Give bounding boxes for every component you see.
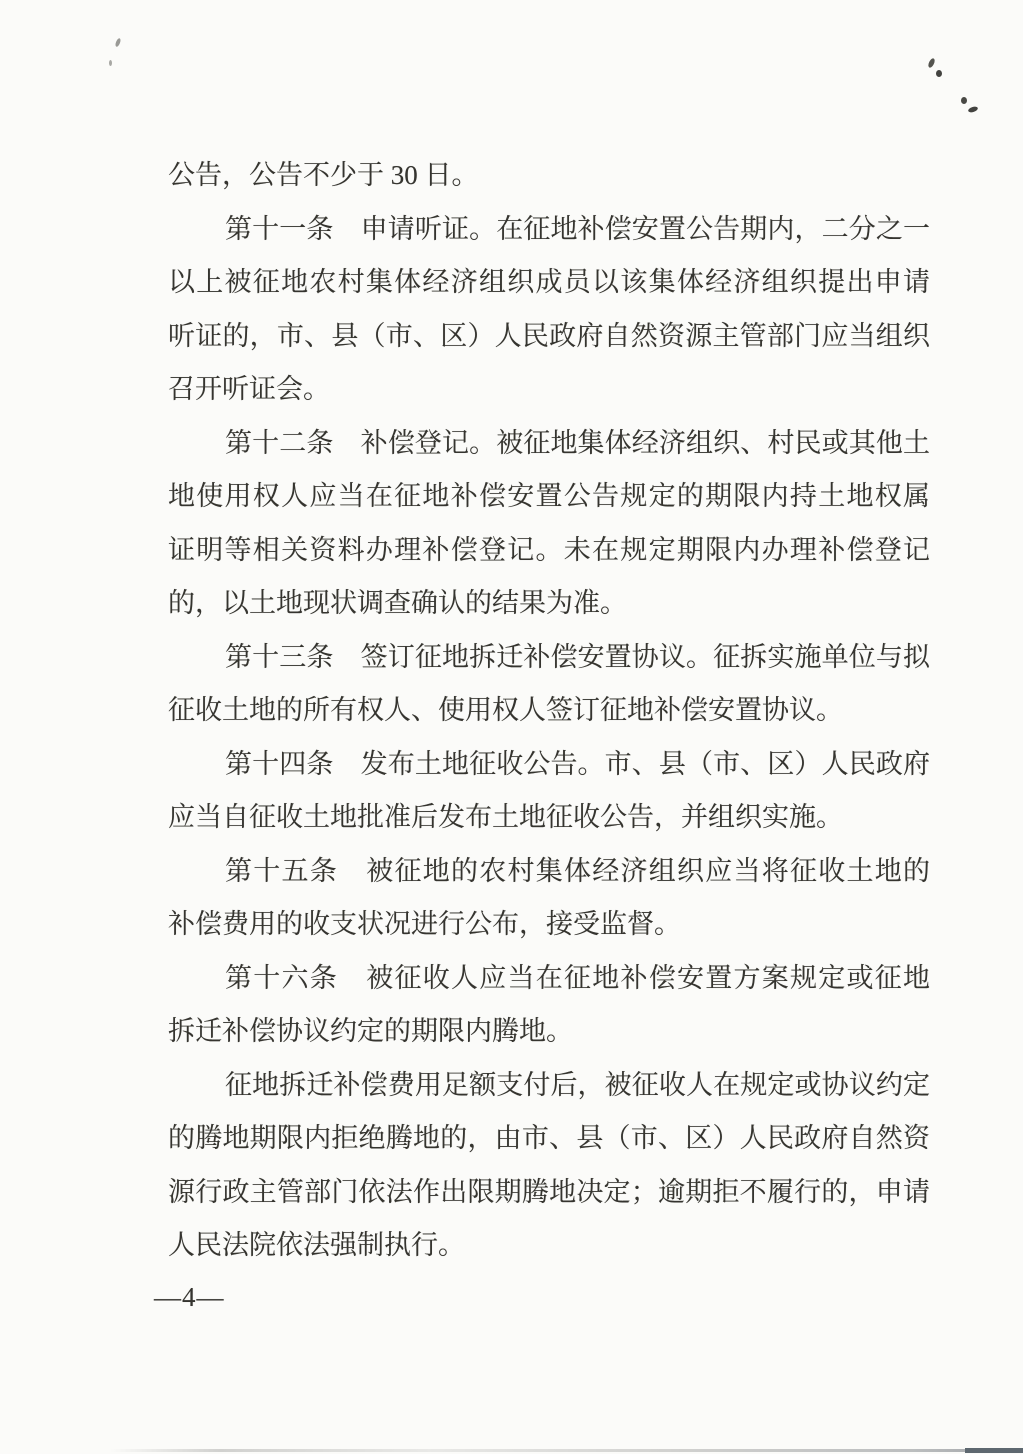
scan-speck [927,57,936,68]
scan-edge-smudge [110,1449,1023,1452]
text-line: 应当自征收土地批准后发布土地征收公告，并组织实施。 [168,791,930,845]
text-line: 地使用权人应当在征地补偿安置公告规定的期限内持土地权属 [168,470,930,524]
text-line-article-12: 第十二条 补偿登记。被征地集体经济组织、村民或其他土 [168,417,930,471]
scan-speck [936,70,942,77]
scan-speck [109,60,112,66]
scanned-document-page: 公告，公告不少于 30 日。 第十一条 申请听证。在征地补偿安置公告期内，二分之… [0,0,1023,1454]
text-line: 证明等相关资料办理补偿登记。未在规定期限内办理补偿登记 [168,524,930,578]
document-body: 公告，公告不少于 30 日。 第十一条 申请听证。在征地补偿安置公告期内，二分之… [168,149,930,1273]
scan-speck [114,38,121,48]
text-line: 征收土地的所有权人、使用权人签订征地补偿安置协议。 [168,684,930,738]
text-line-article-13: 第十三条 签订征地拆迁补偿安置协议。征拆实施单位与拟 [168,631,930,685]
text-line-article-15: 第十五条 被征地的农村集体经济组织应当将征收土地的 [168,845,930,899]
scan-speck [961,97,967,104]
page-number: —4— [154,1282,225,1313]
scan-edge-corner [965,1448,1023,1453]
text-line: 的，以土地现状调查确认的结果为准。 [168,577,930,631]
text-line: 征地拆迁补偿费用足额支付后，被征收人在规定或协议约定 [168,1059,930,1113]
text-line: 补偿费用的收支状况进行公布，接受监督。 [168,898,930,952]
text-line: 的腾地期限内拒绝腾地的，由市、县（市、区）人民政府自然资 [168,1112,930,1166]
text-line-article-16: 第十六条 被征收人应当在征地补偿安置方案规定或征地 [168,952,930,1006]
text-line: 公告，公告不少于 30 日。 [168,149,930,203]
text-line: 人民法院依法强制执行。 [168,1219,930,1273]
text-line-article-14: 第十四条 发布土地征收公告。市、县（市、区）人民政府 [168,738,930,792]
text-line-article-11: 第十一条 申请听证。在征地补偿安置公告期内，二分之一 [168,203,930,257]
scan-speck [967,106,978,114]
text-line: 源行政主管部门依法作出限期腾地决定；逾期拒不履行的，申请 [168,1166,930,1220]
text-line: 以上被征地农村集体经济组织成员以该集体经济组织提出申请 [168,256,930,310]
text-line: 召开听证会。 [168,363,930,417]
text-line: 拆迁补偿协议约定的期限内腾地。 [168,1005,930,1059]
text-line: 听证的，市、县（市、区）人民政府自然资源主管部门应当组织 [168,310,930,364]
